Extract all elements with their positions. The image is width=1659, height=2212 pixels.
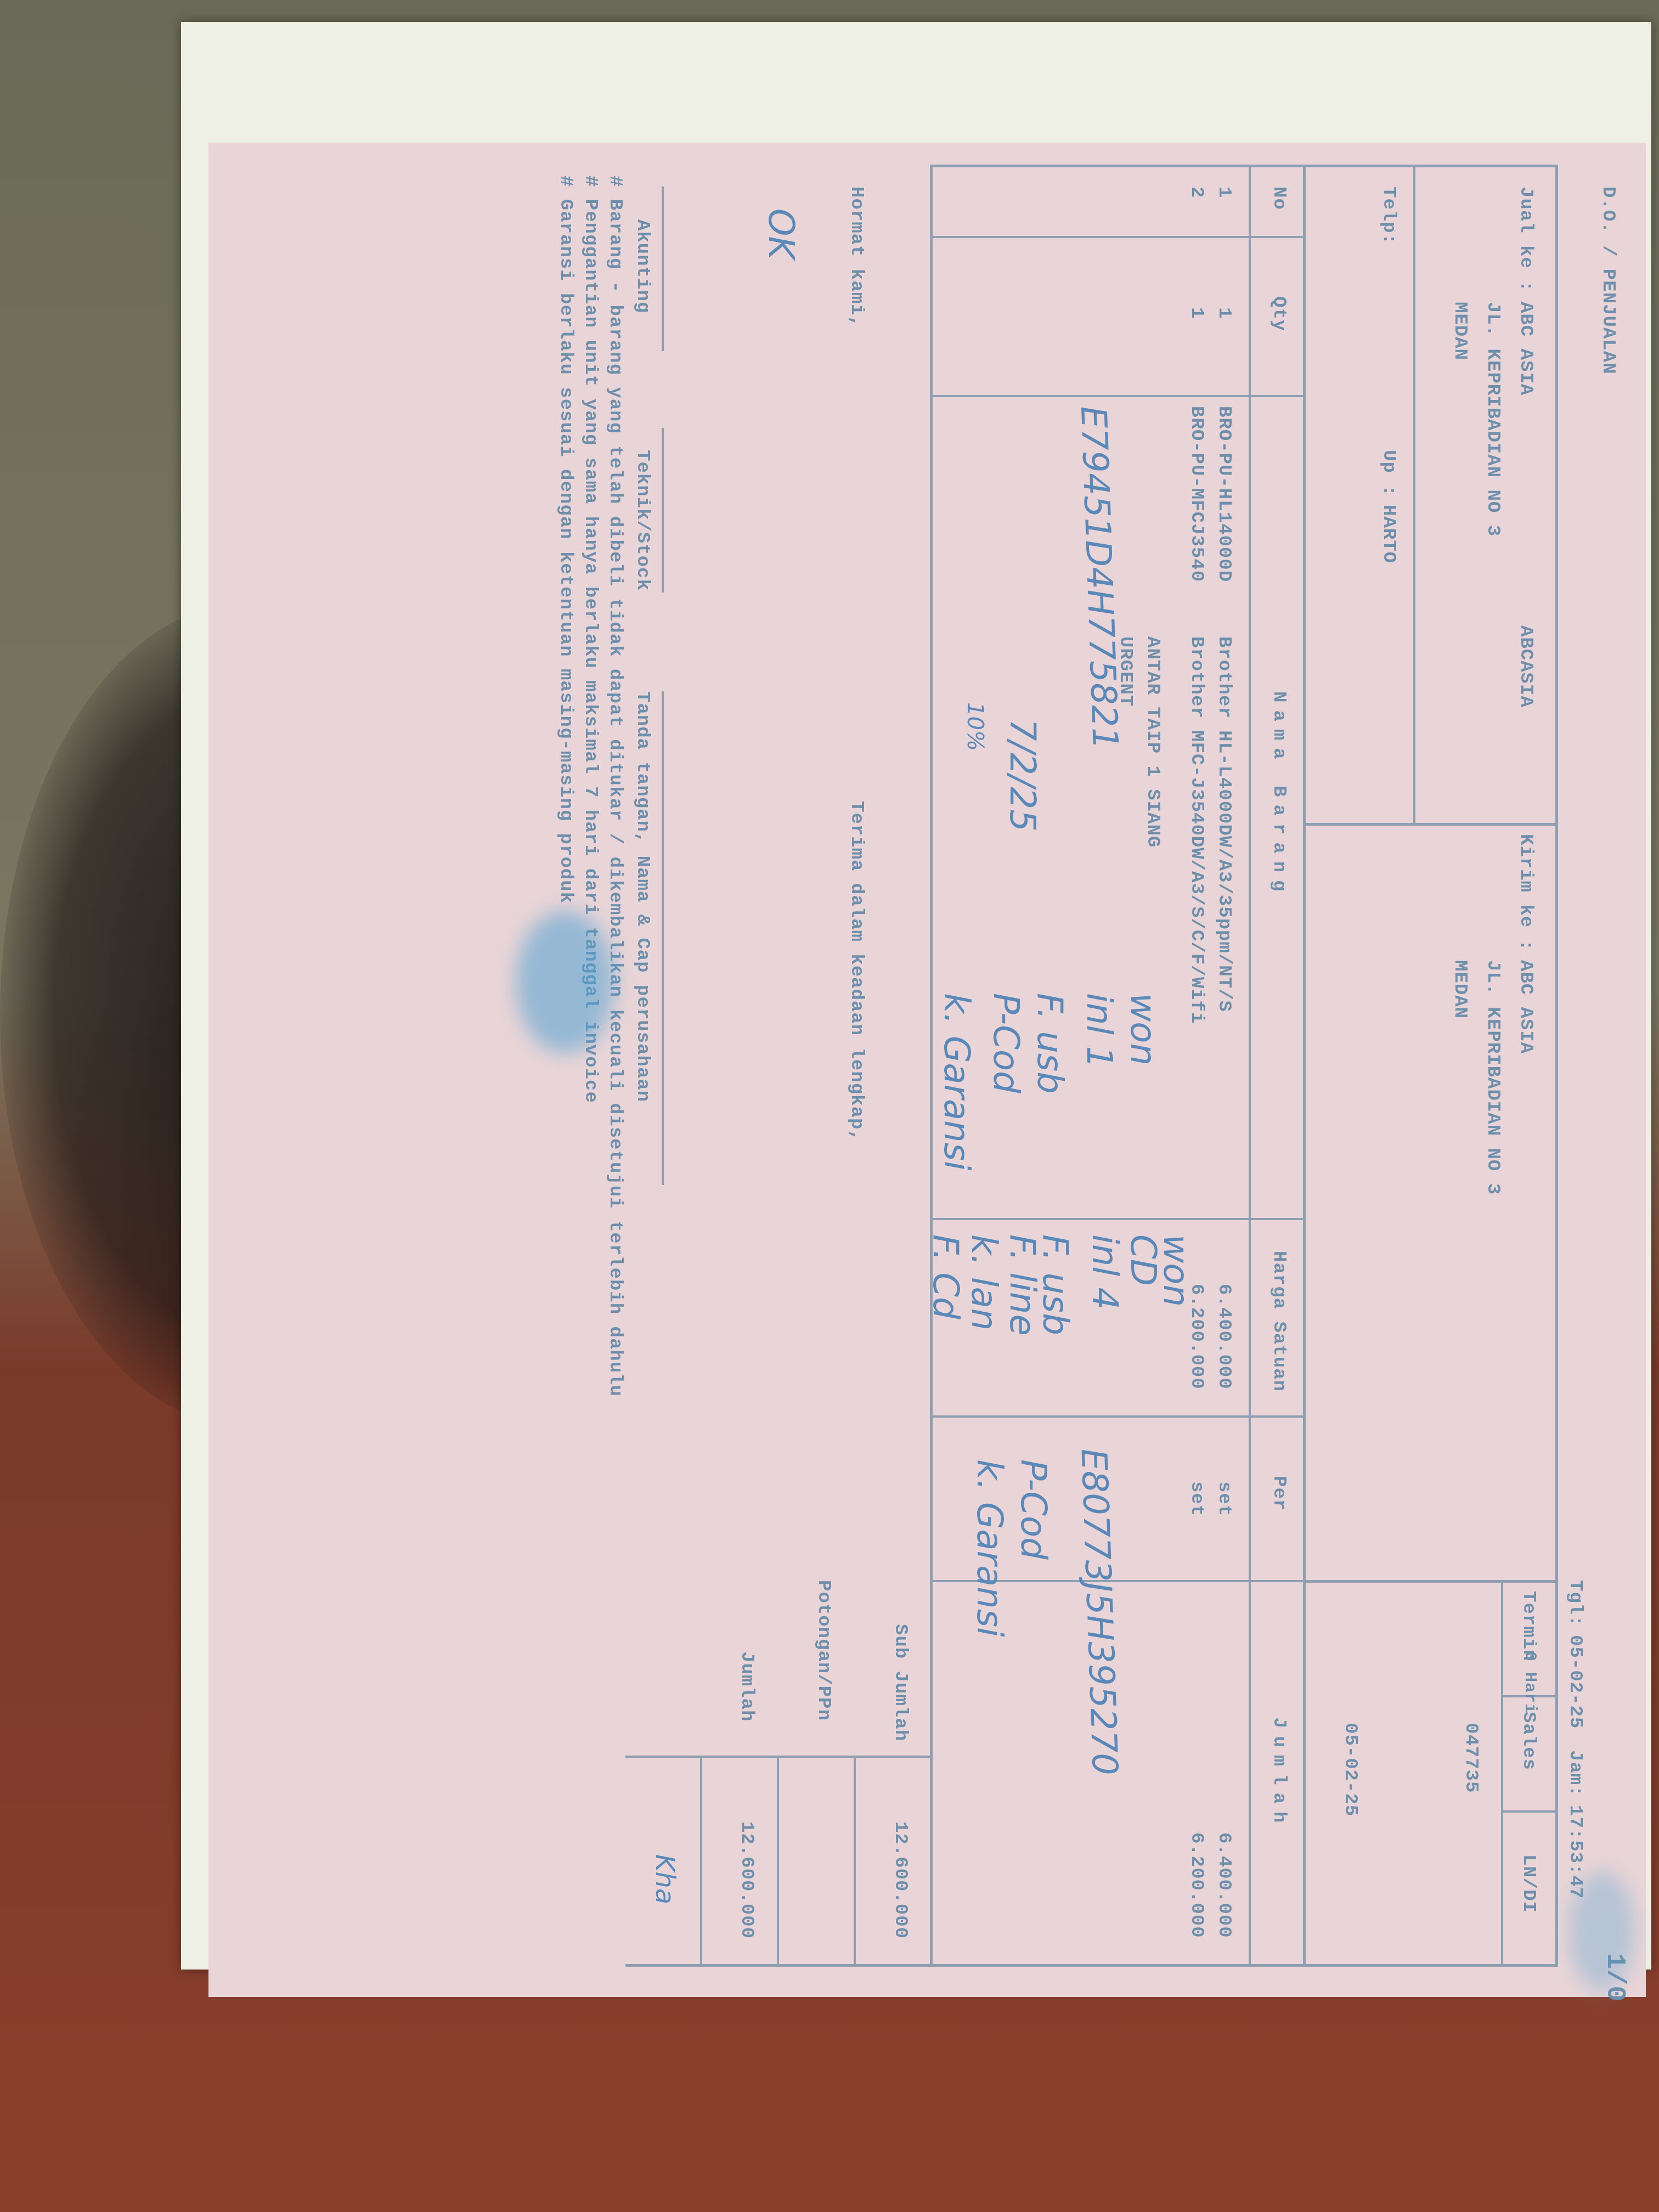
row-code: BRO-PU-MFCJ3540 xyxy=(1186,406,1207,582)
sold-to-label: Jual ke : xyxy=(1515,187,1536,292)
handwritten-note: F. Cd xyxy=(925,1234,966,1319)
row-code: BRO-PU-HL14000D xyxy=(1214,406,1234,582)
handwritten-note: F. line xyxy=(1002,1234,1042,1336)
delivery-note: ANTAR TAIP 1 SIANG xyxy=(1142,636,1163,848)
handwritten-note: 10% xyxy=(962,702,988,751)
handwritten-initial: Kha xyxy=(650,1854,680,1904)
handwritten-note: P-Cod xyxy=(1013,1459,1053,1560)
ink-stamp xyxy=(1569,1871,1635,1991)
handwritten-note: won xyxy=(1122,993,1163,1065)
date-label: Tgl: xyxy=(1565,1580,1585,1627)
sold-to-code: ABCASIA xyxy=(1515,625,1536,708)
date-value: 05-02-25 xyxy=(1565,1635,1585,1729)
row-per: set xyxy=(1214,1481,1234,1516)
ship-to-city: MEDAN xyxy=(1449,960,1470,1019)
row-name: Brother HL-L4000DW/A3/35ppm/NT/S xyxy=(1214,636,1234,1012)
subtotal-value: 12.600.000 xyxy=(890,1821,911,1939)
ship-to-name: ABC ASIA xyxy=(1515,960,1536,1054)
ink-stamp xyxy=(516,911,614,1053)
row-amount: 6.200.000 xyxy=(1186,1832,1207,1938)
row-qty: 1 xyxy=(1214,307,1234,319)
sign-customer: Tanda tangan, Nama & Cap perusahaan xyxy=(632,691,653,1102)
col-per: Per xyxy=(1268,1476,1289,1511)
regards-text: Hormat kami, xyxy=(846,187,867,328)
handwritten-note: F. usb xyxy=(1029,993,1070,1094)
sign-technical: Teknik/Stock xyxy=(632,450,653,591)
handwritten-note: inl 4 xyxy=(1084,1234,1125,1310)
sales-value: LN/DI xyxy=(1518,1854,1539,1913)
sales-label: Sales xyxy=(1518,1712,1539,1770)
handwritten-note: inl 1 xyxy=(1079,993,1119,1068)
handwritten-note: P-Cod xyxy=(985,993,1026,1093)
total-value: 12.600.000 xyxy=(736,1821,757,1939)
terms-line: # Barang - barang yang telah dibeli tida… xyxy=(605,176,625,1397)
delivery-order-document: D.O. / PENJUALAN 1/0 Tgl: 05-02-25 Jam: … xyxy=(208,143,1646,1997)
handwritten-note: k. Garansi xyxy=(969,1459,1009,1637)
ship-date: 05-02-25 xyxy=(1340,1723,1361,1816)
sold-to-city: MEDAN xyxy=(1449,302,1470,360)
invoice-number: 047735 xyxy=(1460,1723,1481,1793)
row-per: set xyxy=(1186,1481,1207,1516)
subtotal-label: Sub Jumlah xyxy=(890,1624,911,1741)
row-qty: 1 xyxy=(1186,307,1207,319)
col-item-name: Nama Barang xyxy=(1268,691,1289,899)
attn-label: Up : xyxy=(1378,450,1399,497)
total-label: Jumlah xyxy=(736,1651,757,1722)
col-unit-price: Harga Satuan xyxy=(1268,1251,1289,1392)
handwritten-serial-2: E80773J5H395270 xyxy=(1073,1448,1125,1776)
col-no: No xyxy=(1268,187,1289,210)
terms-line: # Garansi berlaku sesuai dengan ketentua… xyxy=(555,176,576,904)
phone-label: Telp: xyxy=(1378,187,1399,245)
handwritten-serial-1: E79451D4H775821 xyxy=(1073,405,1125,751)
ship-to-label: Kirim ke : xyxy=(1515,834,1536,951)
terms-value: 0 Hari xyxy=(1520,1651,1539,1714)
handwritten-note: CD xyxy=(1122,1234,1163,1286)
row-name: Brother MFC-J3540DW/A3/S/C/F/Wifi xyxy=(1186,636,1207,1024)
handwritten-ok: OK xyxy=(760,208,801,259)
col-amount: Jumlah xyxy=(1268,1717,1289,1830)
time-label: Jam: xyxy=(1565,1750,1585,1797)
document-title: D.O. / PENJUALAN xyxy=(1598,187,1618,374)
sold-to-name: ABC ASIA xyxy=(1515,302,1536,396)
handwritten-note: k. lan xyxy=(963,1234,1004,1330)
received-note: Terima dalam keadaan lengkap, xyxy=(846,801,867,1142)
sign-accounting: Akunting xyxy=(632,219,653,313)
row-price: 6.400.000 xyxy=(1214,1284,1234,1390)
row-no: 2 xyxy=(1186,187,1207,198)
handwritten-note: 7/2/25 xyxy=(1002,719,1042,832)
attn-value: HARTO xyxy=(1378,505,1399,563)
handwritten-note: k. Garansi xyxy=(936,993,977,1171)
ship-to-address: JL. KEPRIBADIAN NO 3 xyxy=(1482,960,1503,1195)
discount-label: Potongan/PPn xyxy=(813,1580,834,1721)
sold-to-address: JL. KEPRIBADIAN NO 3 xyxy=(1482,302,1503,537)
row-amount: 6.400.000 xyxy=(1214,1832,1234,1938)
row-no: 1 xyxy=(1214,187,1234,198)
col-qty: Qty xyxy=(1268,296,1289,331)
